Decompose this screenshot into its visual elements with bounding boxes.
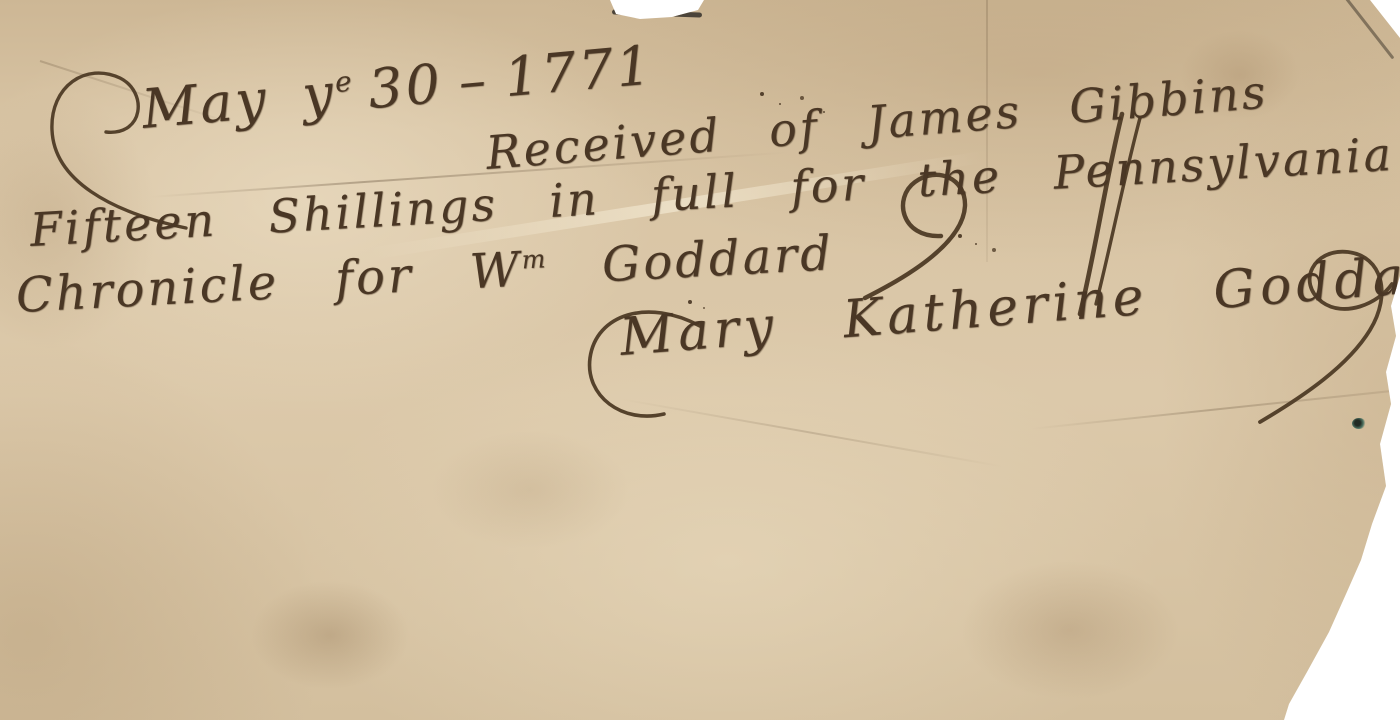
scanned-receipt: Mayye30–1771 Received of James Gibbins F… (0, 0, 1400, 720)
ink-spatter (760, 92, 764, 96)
date-the-base: y (300, 61, 339, 127)
tear-shadow (612, 9, 702, 17)
date-the-sup: e (333, 65, 352, 99)
chronicle-prefix: Chronicle for (15, 247, 416, 324)
william-base: W (468, 242, 523, 301)
stain (430, 430, 630, 550)
crease-line (1030, 389, 1398, 430)
spacer (354, 108, 370, 109)
date-day: 30 (366, 52, 446, 121)
stain (960, 560, 1180, 700)
ink-spatter (958, 234, 962, 238)
stain (250, 580, 410, 690)
paper-hole (1352, 418, 1366, 429)
date-the-abbrev: ye (300, 60, 355, 127)
spacer (444, 100, 460, 101)
william-abbrev: Wm (468, 240, 547, 300)
date-dash: – (456, 48, 491, 113)
chronicle-surname: Goddard (601, 225, 836, 293)
spacer (490, 96, 506, 97)
date-year: 1771 (502, 33, 656, 109)
crease-line (620, 398, 1004, 468)
william-sup: m (521, 244, 546, 274)
spacer (270, 114, 304, 117)
date-month: May (139, 67, 271, 141)
corner-fold-shadow (1343, 0, 1395, 59)
paper-sheet: Mayye30–1771 Received of James Gibbins F… (0, 0, 1400, 720)
